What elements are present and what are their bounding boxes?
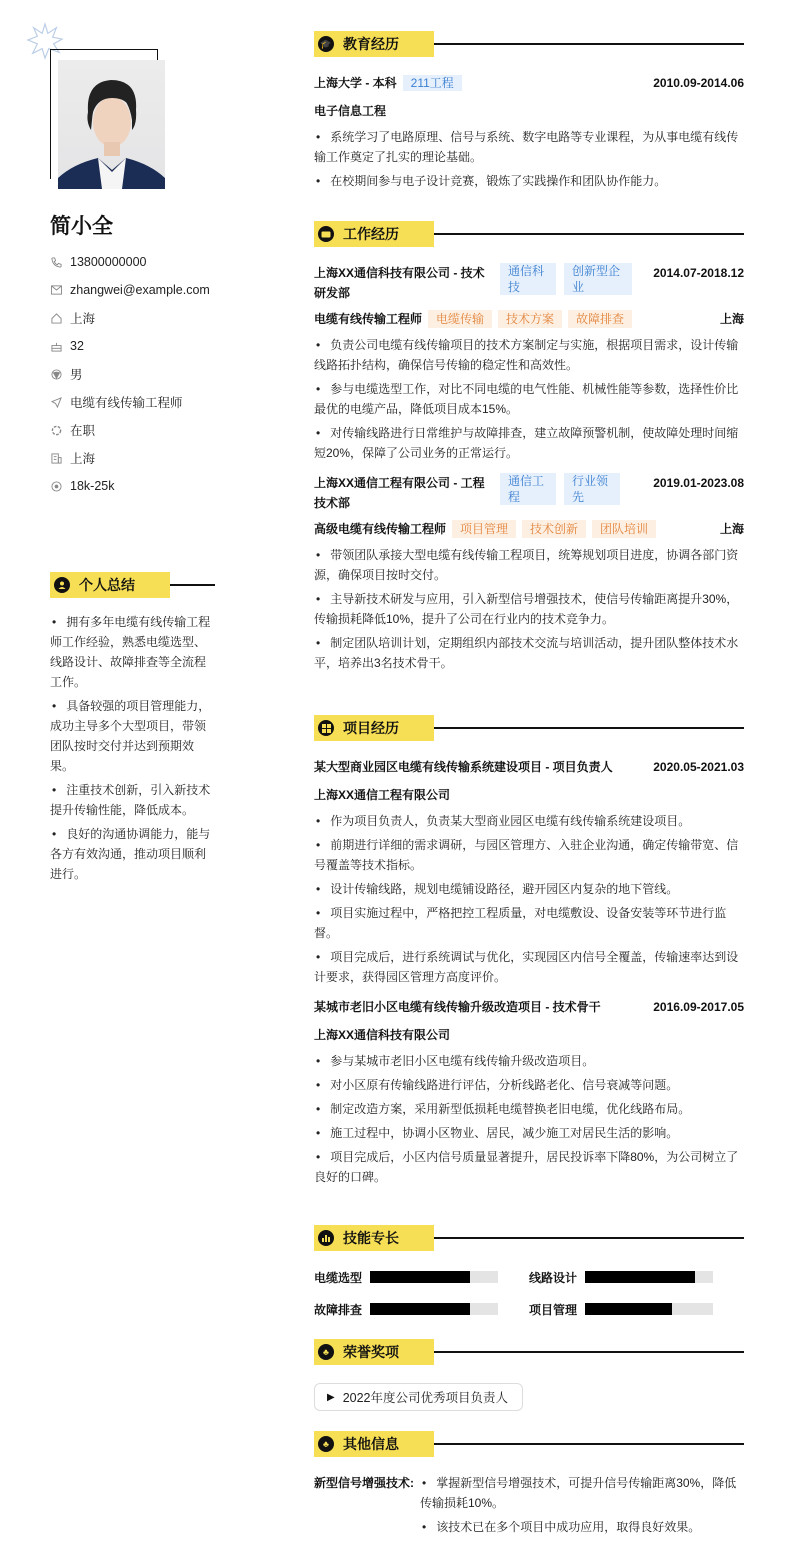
company-tag: 创新型企业: [564, 263, 632, 295]
info-target-city: 上海: [50, 444, 210, 472]
section-title: 教育经历: [343, 34, 399, 54]
project-item: 施工过程中，协调小区物业、居民，减少施工对居民生活的影响。: [314, 1123, 744, 1143]
info-salary: 18k-25k: [50, 472, 210, 500]
phone-icon: [50, 256, 62, 268]
education-item: 系统学习了电路原理、信号与系统、数字电路等专业课程，为从事电缆有线传输工作奠定了…: [314, 127, 744, 167]
project-company: 上海XX通信科技有限公司: [314, 1025, 450, 1045]
project-name: 某大型商业园区电缆有线传输系统建设项目 - 项目负责人: [314, 757, 613, 777]
cake-icon: [50, 340, 62, 352]
skill-bar: [370, 1303, 498, 1315]
skill-bar: [585, 1271, 713, 1283]
skill-tag: 项目管理: [452, 520, 516, 538]
awards-section: ♣荣誉奖项 ▶2022年度公司优秀项目负责人: [314, 1339, 744, 1411]
info-email: zhangwei@example.com: [50, 276, 210, 304]
building-icon: [50, 452, 62, 464]
triangle-right-icon: ▶: [327, 1392, 335, 1403]
section-header: 🎓教育经历: [314, 31, 744, 57]
education-item: 在校期间参与电子设计竞赛，锻炼了实践操作和团队协作能力。: [314, 171, 744, 191]
summary-item: 注重技术创新，引入新技术提升传输性能，降低成本。: [50, 780, 215, 820]
award-icon: ♣: [318, 1344, 334, 1360]
divider: [434, 1237, 744, 1239]
project-item: 参与某城市老旧小区电缆有线传输升级改造项目。: [314, 1051, 744, 1071]
skill-item: 项目管理: [529, 1301, 744, 1318]
project-item: 作为项目负责人，负责某大型商业园区电缆有线传输系统建设项目。: [314, 811, 744, 831]
project-entry: 某大型商业园区电缆有线传输系统建设项目 - 项目负责人2020.05-2021.…: [314, 757, 744, 987]
skill-bar: [585, 1303, 713, 1315]
education-date: 2010.09-2014.06: [653, 73, 744, 93]
job-item: 制定团队培训计划，定期组织内部技术交流与培训活动，提升团队整体技术水平，培养出3…: [314, 633, 744, 673]
grid-icon: [318, 720, 334, 736]
project-date: 2016.09-2017.05: [653, 997, 744, 1017]
info-position: 电缆有线传输工程师: [50, 388, 210, 416]
divider: [434, 1443, 744, 1445]
divider: [434, 43, 744, 45]
job-city: 上海: [720, 309, 744, 329]
skill-tag: 电缆传输: [428, 310, 492, 328]
section-header: ♣其他信息: [314, 1431, 744, 1457]
divider: [434, 1351, 744, 1353]
info-age: 32: [50, 332, 210, 360]
projects-section: 项目经历 某大型商业园区电缆有线传输系统建设项目 - 项目负责人2020.05-…: [314, 715, 744, 1191]
section-title: 技能专长: [343, 1228, 399, 1248]
job-item: 负责公司电缆有线传输项目的技术方案制定与实施，根据项目需求，设计传输线路拓扑结构…: [314, 335, 744, 375]
send-icon: [50, 396, 62, 408]
company-tag: 通信工程: [500, 473, 556, 505]
company-name: 上海XX通信工程有限公司 - 工程技术部: [314, 473, 494, 513]
info-location: 上海: [50, 304, 210, 332]
work-section: 工作经历 上海XX通信科技有限公司 - 技术研发部 通信科技 创新型企业 201…: [314, 221, 744, 677]
bar-chart-icon: [318, 1230, 334, 1246]
contact-info: 13800000000 zhangwei@example.com 上海 32 男…: [50, 248, 210, 500]
project-entry: 某城市老旧小区电缆有线传输升级改造项目 - 技术骨干2016.09-2017.0…: [314, 997, 744, 1187]
job-item: 带领团队承接大型电缆有线传输工程项目，统筹规划项目进度，协调各部门资源，确保项目…: [314, 545, 744, 585]
project-item: 制定改造方案，采用新型低损耗电缆替换老旧电缆，优化线路布局。: [314, 1099, 744, 1119]
school-tag: 211工程: [403, 75, 462, 91]
job-item: 对传输线路进行日常维护与故障排查，建立故障预警机制，使故障处理时间缩短20%，保…: [314, 423, 744, 463]
project-item: 项目实施过程中，严格把控工程质量，对电缆敷设、设备安装等环节进行监督。: [314, 903, 744, 943]
skill-tag: 团队培训: [592, 520, 656, 538]
info-phone: 13800000000: [50, 248, 210, 276]
section-title: 工作经历: [343, 224, 399, 244]
company-tag: 通信科技: [500, 263, 556, 295]
job-item: 主导新技术研发与应用，引入新型信号增强技术，使信号传输距离提升30%，传输损耗降…: [314, 589, 744, 629]
project-item: 前期进行详细的需求调研，与园区管理方、入驻企业沟通，确定传输带宽、信号覆盖等技术…: [314, 835, 744, 875]
project-item: 设计传输线路，规划电缆铺设路径，避开园区内复杂的地下管线。: [314, 879, 744, 899]
divider: [170, 584, 215, 586]
job-role: 电缆有线传输工程师: [314, 312, 422, 326]
job-item: 参与电缆选型工作，对比不同电缆的电气性能、机械性能等参数，选择性价比最优的电缆产…: [314, 379, 744, 419]
skill-item: 故障排查: [314, 1301, 529, 1318]
profile-name: 简小全: [50, 210, 113, 240]
avatar: [58, 60, 165, 189]
section-header: ♣荣誉奖项: [314, 1339, 744, 1365]
section-title: 其他信息: [343, 1434, 399, 1454]
other-section: ♣其他信息 新型信号增强技术: 掌握新型信号增强技术，可提升信号传输距离30%，…: [314, 1431, 744, 1541]
skill-item: 电缆选型: [314, 1269, 529, 1286]
job-date: 2019.01-2023.08: [653, 473, 744, 493]
project-date: 2020.05-2021.03: [653, 757, 744, 777]
other-key: 新型信号增强技术:: [314, 1473, 420, 1541]
summary-item: 拥有多年电缆有线传输工程师工作经验，熟悉电缆选型、线路设计、故障排查等全流程工作…: [50, 612, 215, 692]
education-section: 🎓教育经历 上海大学 - 本科211工程 2010.09-2014.06 电子信…: [314, 31, 744, 195]
briefcase-icon: [318, 226, 334, 242]
skill-item: 线路设计: [529, 1269, 744, 1286]
award-item[interactable]: ▶2022年度公司优秀项目负责人: [314, 1383, 523, 1411]
summary-item: 具备较强的项目管理能力，成功主导多个大型项目，带领团队按时交付并达到预期效果。: [50, 696, 215, 776]
section-header: 工作经历: [314, 221, 744, 247]
info-status: 在职: [50, 416, 210, 444]
skill-tag: 技术创新: [522, 520, 586, 538]
summary-item: 良好的沟通协调能力，能与各方有效沟通，推动项目顺利进行。: [50, 824, 215, 884]
skills-section: 技能专长 电缆选型 线路设计 故障排查 项目管理: [314, 1225, 744, 1325]
summary-section: 个人总结 拥有多年电缆有线传输工程师工作经验，熟悉电缆选型、线路设计、故障排查等…: [50, 572, 215, 888]
job-date: 2014.07-2018.12: [653, 263, 744, 283]
section-title: 项目经历: [343, 718, 399, 738]
project-item: 对小区原有传输线路进行评估，分析线路老化、信号衰减等问题。: [314, 1075, 744, 1095]
project-item: 项目完成后，进行系统调试与优化，实现园区内信号全覆盖，传输速率达到设计要求，获得…: [314, 947, 744, 987]
skill-tag: 技术方案: [498, 310, 562, 328]
section-header: 个人总结: [50, 572, 215, 598]
graduation-cap-icon: 🎓: [318, 36, 334, 52]
major: 电子信息工程: [314, 101, 386, 121]
section-title: 荣誉奖项: [343, 1342, 399, 1362]
divider: [434, 727, 744, 729]
section-title: 个人总结: [79, 575, 135, 595]
job-city: 上海: [720, 519, 744, 539]
other-item: 该技术已在多个项目中成功应用，取得良好效果。: [420, 1517, 744, 1537]
project-item: 项目完成后，小区内信号质量显著提升，居民投诉率下降80%，为公司树立了良好的口碑…: [314, 1147, 744, 1187]
info-gender: 男: [50, 360, 210, 388]
job-entry: 上海XX通信科技有限公司 - 技术研发部 通信科技 创新型企业 2014.07-…: [314, 263, 744, 463]
job-role: 高级电缆有线传输工程师: [314, 522, 446, 536]
project-name: 某城市老旧小区电缆有线传输升级改造项目 - 技术骨干: [314, 997, 601, 1017]
status-icon: [50, 424, 62, 436]
salary-icon: [50, 480, 62, 492]
section-header: 技能专长: [314, 1225, 744, 1251]
info-icon: ♣: [318, 1436, 334, 1452]
school-name: 上海大学 - 本科: [314, 76, 397, 90]
home-icon: [50, 312, 62, 324]
job-entry: 上海XX通信工程有限公司 - 工程技术部 通信工程 行业领先 2019.01-2…: [314, 473, 744, 673]
skill-bar: [370, 1271, 498, 1283]
project-company: 上海XX通信工程有限公司: [314, 785, 450, 805]
user-icon: [54, 577, 70, 593]
other-item: 掌握新型信号增强技术，可提升信号传输距离30%，降低传输损耗10%。: [420, 1473, 744, 1513]
divider: [434, 233, 744, 235]
gender-icon: [50, 368, 62, 380]
company-tag: 行业领先: [564, 473, 620, 505]
company-name: 上海XX通信科技有限公司 - 技术研发部: [314, 263, 494, 303]
mail-icon: [50, 284, 62, 296]
skill-tag: 故障排查: [568, 310, 632, 328]
section-header: 项目经历: [314, 715, 744, 741]
